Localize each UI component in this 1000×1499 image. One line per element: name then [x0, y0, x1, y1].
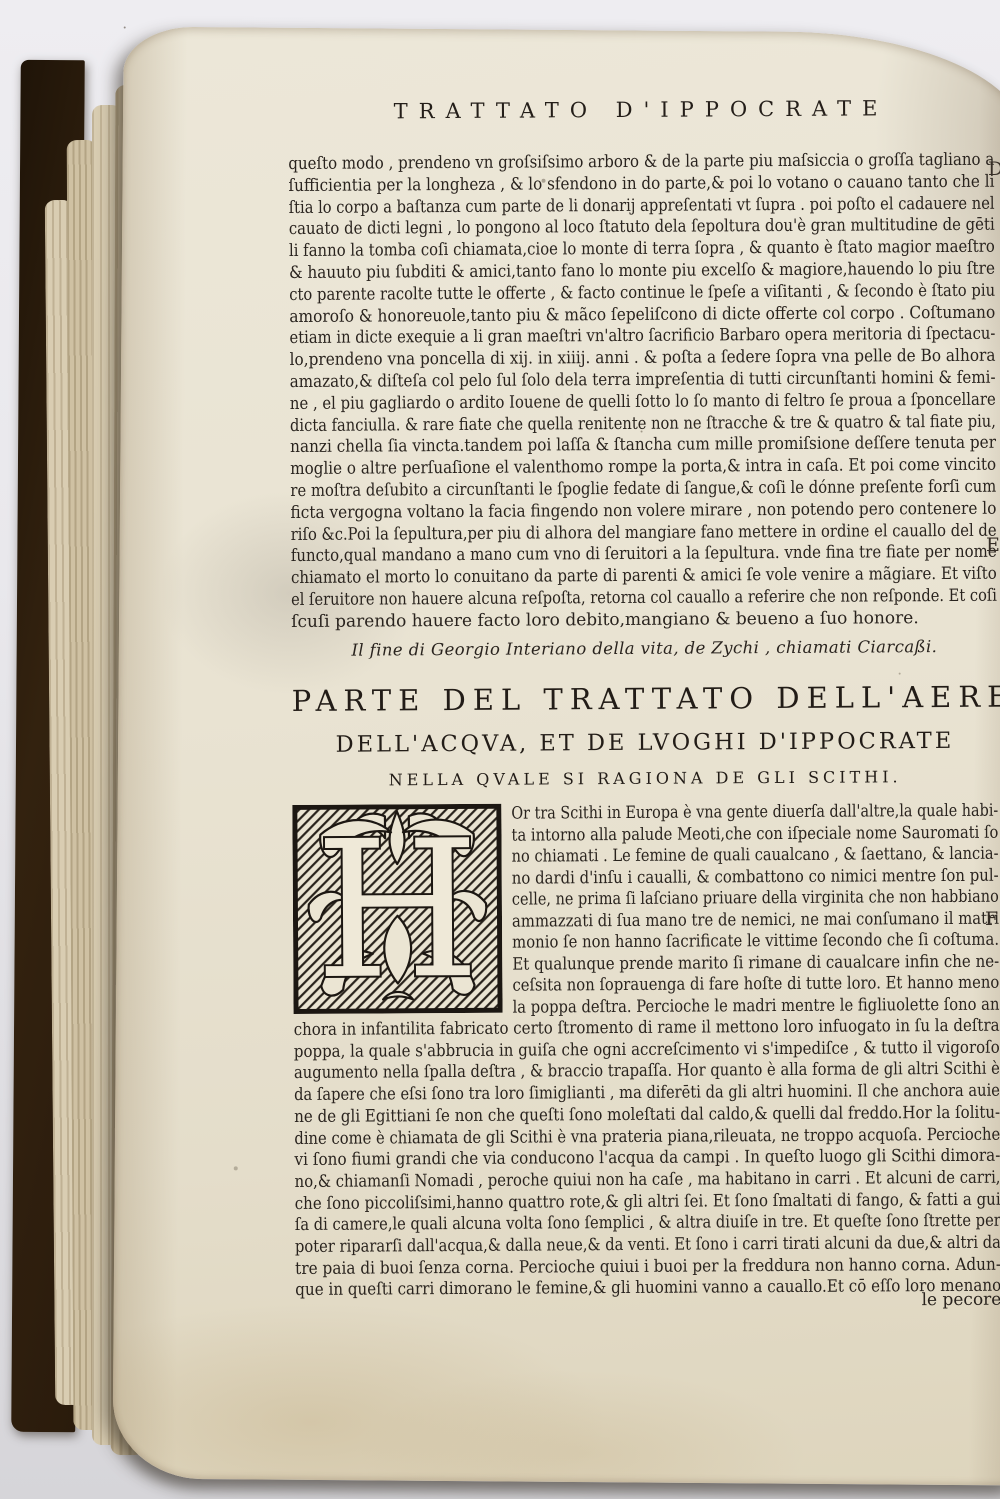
printed-text-line: no chiamati . Le femine de quali caualca… — [512, 844, 999, 868]
opening-paragraph: H Or tra Scithi in Europa è vna gente di… — [292, 801, 999, 1020]
margin-signature-letter: D — [988, 158, 1000, 180]
printed-text-line: la poppa deſtra. Percioche le madri ment… — [512, 994, 999, 1018]
paper-speck — [124, 26, 126, 28]
printed-text-line: el ſeruitore non hauere alcuna reſpoſta,… — [291, 586, 997, 612]
printed-text-line: monio ſe non hanno ſacrificate le vittim… — [512, 930, 999, 954]
printed-text-line: ammazzati di ſua mano tre de nemici, ne … — [512, 908, 999, 932]
continuation-paragraph: chora in infantilita fabricato certo ſtr… — [294, 1016, 1000, 1302]
body-paragraph: queſto modo , prendeno vn groſsiſsimo ar… — [288, 150, 997, 634]
section-heading-line2: DELL'ACQVA, ET DE LVOGHI D'IPPOCRATE — [292, 728, 998, 758]
printed-text-line: celle, ne prima ſi laſciano priuare dell… — [512, 887, 999, 911]
printed-text-line: ſcuſi parendo hauere facto loro debito,m… — [291, 607, 997, 633]
running-title: TRATTATO D'IPPOCRATE — [288, 96, 994, 124]
printed-text-line: ta intorno alla palude Meoti,che con iſp… — [511, 822, 998, 846]
opening-paragraph-lines: Or tra Scithi in Europa è vna gente diue… — [511, 801, 999, 1019]
margin-signature-letter: E — [986, 534, 1000, 556]
printed-text-line: ceſsita non ſoprauenga di fare hoſte di … — [512, 973, 999, 997]
photo-of-open-book: { "page": { "running_title": "TRATTATO D… — [0, 0, 1000, 1499]
printed-text-line: Or tra Scithi in Europa è vna gente diue… — [511, 801, 998, 825]
woodcut-initial-illustration: H — [292, 804, 502, 1014]
printed-text-line: no dardi d'inſu i caualli, & combattono … — [512, 865, 999, 889]
printed-text-line: Et qualunque prende marito ſi rimane di … — [512, 951, 999, 975]
section-heading-line1: PARTE DEL TRATTATO DELL'AERE, — [292, 680, 998, 718]
woodcut-initial-H: H — [292, 804, 502, 1014]
drop-cap-letter: H — [314, 804, 480, 1014]
margin-signature-letter: F — [985, 908, 1000, 930]
